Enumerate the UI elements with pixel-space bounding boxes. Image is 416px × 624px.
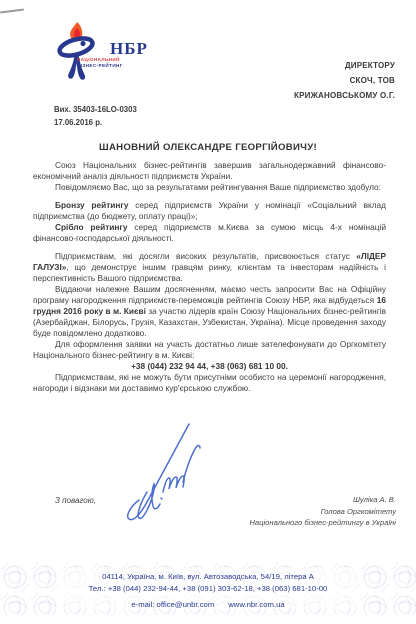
paragraph-analysis: Союз Національних бізнес-рейтингів завер… — [33, 160, 386, 182]
reference-number: Вих. 35403-16LO-0303 — [54, 104, 137, 117]
scan-artifact — [0, 9, 24, 13]
recipient-name: КРИЖАНОВСЬКОМУ О.Г. — [294, 88, 395, 103]
footer-web-line: e-mail: office@unbr.comwww.nbr.com.ua — [0, 599, 416, 611]
paragraph-results-intro: Повідомляємо Вас, що за результатами рей… — [33, 182, 386, 193]
paragraph-invitation: Віддаючи належне Вашим досягненням, маєм… — [33, 284, 386, 339]
signer-title-line1: Голова Оргкомітету — [249, 506, 396, 518]
footer-phones: Тел.: +38 (044) 232-94-44, +38 (091) 303… — [0, 583, 416, 595]
logo-subtitle: НАЦІОНАЛЬНИЙ БІЗНЕС-РЕЙТИНГ — [77, 57, 162, 68]
reference-block: Вих. 35403-16LO-0303 17.06.2016 р. — [54, 104, 137, 129]
letter-body: Союз Національних бізнес-рейтингів завер… — [33, 160, 386, 394]
letter-page: НБР НАЦІОНАЛЬНИЙ БІЗНЕС-РЕЙТИНГ ДИРЕКТОР… — [0, 0, 416, 624]
paragraph-registration: Для оформлення заявки на участь достатнь… — [33, 339, 386, 361]
signer-title-line2: Національного бізнес-рейтингу в Україні — [249, 517, 396, 529]
paragraph-bronze-award: Бронзу рейтингу серед підприємств Україн… — [33, 200, 386, 222]
letter-footer: 04114, Україна, м. Київ, вул. Автозаводс… — [0, 562, 416, 615]
paragraph-courier: Підприємствам, які не можуть бути присут… — [33, 372, 386, 394]
nbr-logo: НБР НАЦІОНАЛЬНИЙ БІЗНЕС-РЕЙТИНГ — [46, 18, 166, 88]
paragraph-leader-status: Підприємствам, які досягли високих резул… — [33, 251, 386, 284]
reference-date: 17.06.2016 р. — [54, 117, 137, 130]
paragraph-silver-award: Срібло рейтингу серед підприємств м.Києв… — [33, 222, 386, 244]
recipient-company: СКОЧ, ТОВ — [294, 73, 395, 88]
recipient-block: ДИРЕКТОРУ СКОЧ, ТОВ КРИЖАНОВСЬКОМУ О.Г. — [294, 58, 395, 103]
signer-block: Шуліка А. В. Голова Оргкомітету Націонал… — [249, 494, 396, 529]
footer-email: e-mail: office@unbr.com — [131, 600, 214, 609]
signer-name: Шуліка А. В. — [249, 494, 396, 506]
salutation: ШАНОВНИЙ ОЛЕКСАНДРЕ ГЕОРГІЙОВИЧУ! — [0, 142, 416, 153]
footer-contact-block: 04114, Україна, м. Київ, вул. Автозаводс… — [0, 571, 416, 611]
footer-website: www.nbr.com.ua — [228, 600, 284, 609]
handwritten-signature — [103, 418, 215, 536]
torch-icon — [46, 20, 108, 86]
contact-phone-line: +38 (044) 232 94 44, +38 (063) 681 10 00… — [33, 361, 386, 372]
footer-address: 04114, Україна, м. Київ, вул. Автозаводс… — [0, 571, 416, 583]
closing-phrase: З повагою, — [55, 496, 96, 505]
logo-acronym: НБР — [110, 39, 148, 59]
logo-subtitle-line2: БІЗНЕС-РЕЙТИНГ — [77, 63, 162, 69]
recipient-role: ДИРЕКТОРУ — [294, 58, 395, 73]
